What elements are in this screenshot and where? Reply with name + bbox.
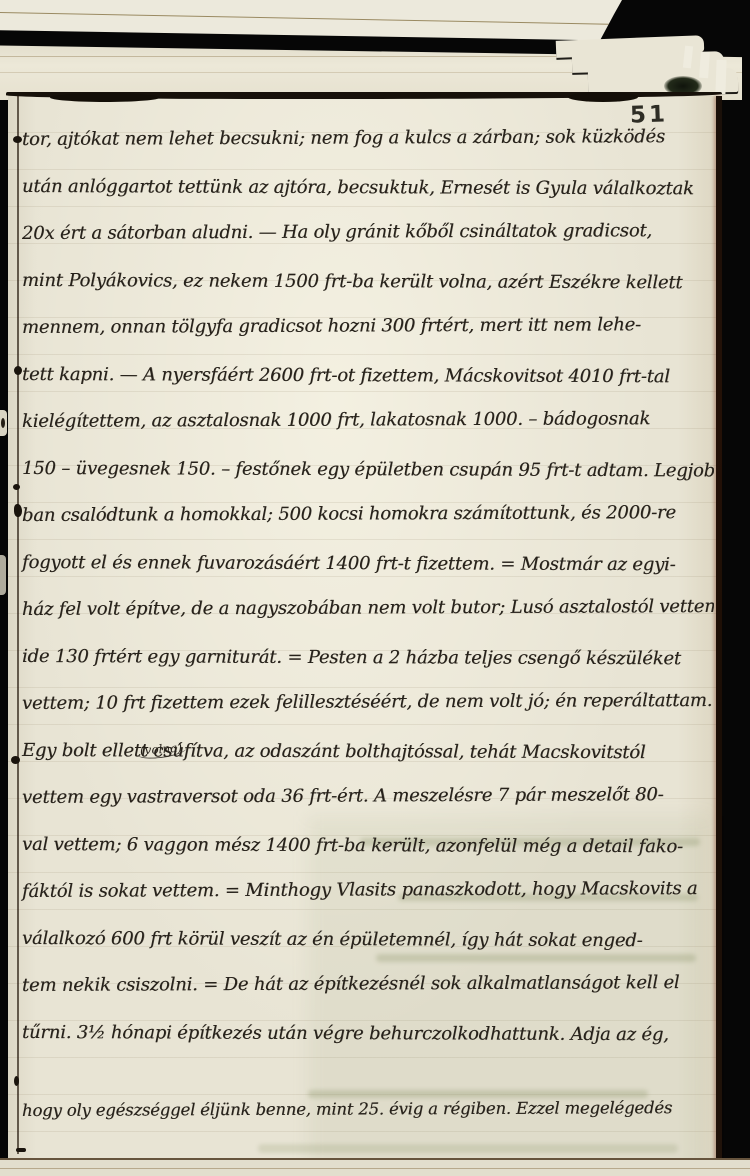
manuscript-line: vettem egy vastraversot oda 36 frt-ért. … <box>22 771 714 821</box>
manuscript-line: ide 130 frtért egy garniturát. = Pesten … <box>22 633 714 682</box>
manuscript-line: hogy oly egészséggel éljünk benne, mint … <box>22 1084 714 1134</box>
manuscript-line: ban csalódtunk a homokkal; 500 kocsi hom… <box>22 489 714 539</box>
manuscript-line: mint Polyákovics, ez nekem 1500 frt-ba k… <box>22 257 714 306</box>
manuscript-line: 150 – üvegesnek 150. – festőnek egy épül… <box>22 445 714 494</box>
manuscript-line: tett kapni. — A nyersfáért 2600 frt-ot f… <box>22 351 714 400</box>
manuscript-page: 51 tor, ajtókat nem lehet becsukni; nem … <box>8 96 720 1176</box>
manuscript-line: 20x ért a sátorban aludni. — Ha oly grán… <box>22 207 714 257</box>
manuscript-line: tem nekik csiszolni. = De hát az építkez… <box>22 959 714 1009</box>
page-corner-tip <box>715 60 726 94</box>
manuscript-photo: 51 tor, ajtókat nem lehet becsukni; nem … <box>0 0 750 1176</box>
manuscript-line: tűrni. 3½ hónapi építkezés után végre be… <box>22 1009 714 1058</box>
page-corner-tip <box>699 52 710 79</box>
manuscript-line: Egy bolt ellett csúfítva, az odaszánt bo… <box>22 727 714 776</box>
previous-page-edge <box>0 0 630 42</box>
manuscript-line: után anlóggartot tettünk az ajtóra, becs… <box>22 163 714 212</box>
manuscript-line: válalkozó 600 frt körül veszít az én épü… <box>22 915 714 964</box>
manuscript-text: tor, ajtókat nem lehet becsukni; nem fog… <box>8 96 714 1176</box>
ink-mark <box>1 418 5 428</box>
bottom-edge-line <box>0 1168 750 1169</box>
manuscript-line: tor, ajtókat nem lehet becsukni; nem fog… <box>22 113 714 163</box>
manuscript-line: vettem; 10 frt fizettem ezek felilleszté… <box>22 677 714 727</box>
page-bottom-edge <box>0 1158 750 1176</box>
page-right-edge <box>716 96 722 1176</box>
manuscript-line: ház fel volt építve, de a nagyszobában n… <box>22 583 714 633</box>
adjacent-page-sliver <box>0 555 6 595</box>
manuscript-line: fáktól is sokat vettem. = Minthogy Vlasi… <box>22 865 714 915</box>
manuscript-line: val vettem; 6 vaggon mész 1400 frt-ba ke… <box>22 821 714 870</box>
manuscript-line: mennem, onnan tölgyfa gradicsot hozni 30… <box>22 301 714 351</box>
manuscript-line: fogyott el és ennek fuvarozásáért 1400 f… <box>22 539 714 588</box>
page-edge-line <box>0 12 640 25</box>
manuscript-line: kielégítettem, az asztalosnak 1000 frt, … <box>22 395 714 445</box>
